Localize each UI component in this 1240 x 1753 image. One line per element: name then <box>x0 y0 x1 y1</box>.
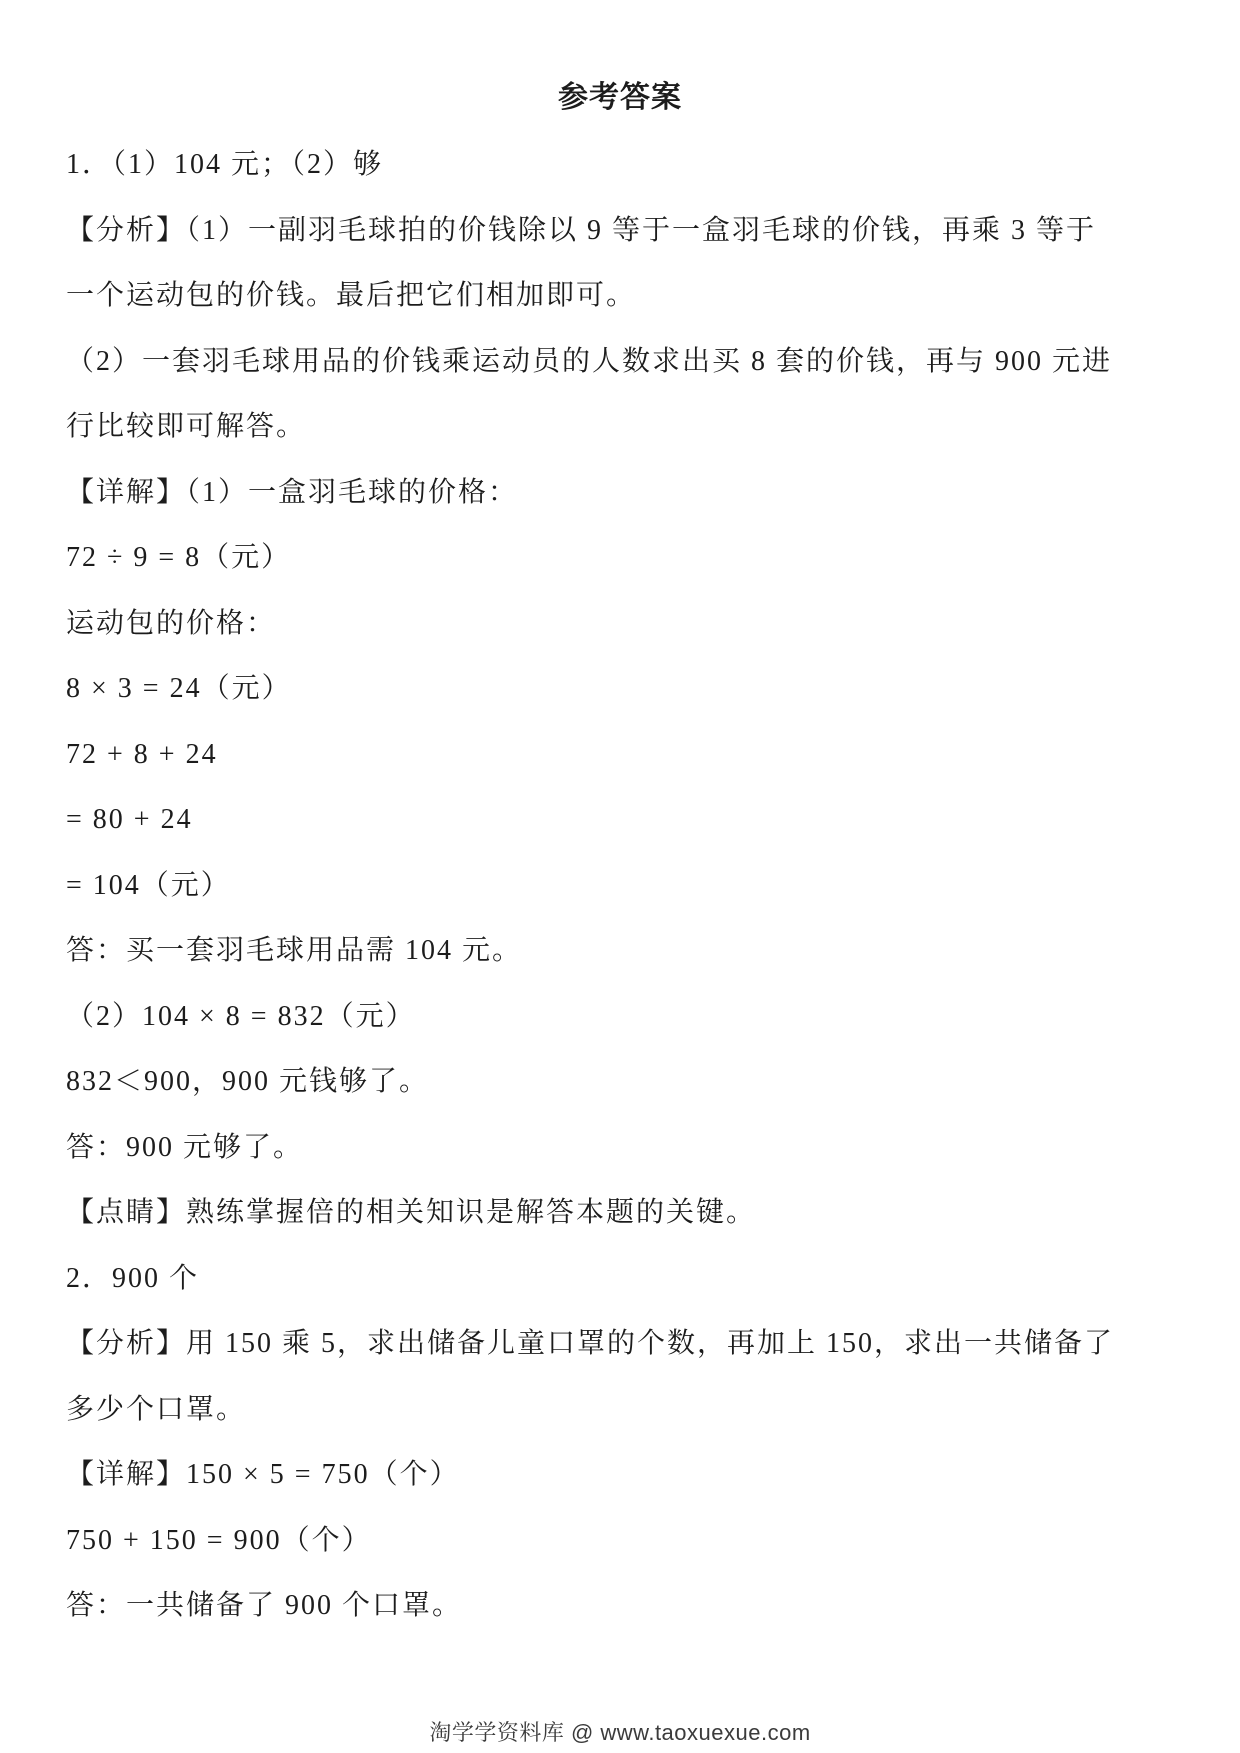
equation-line: = 80 + 24 <box>66 787 1174 853</box>
answer-statement: 答：买一套羽毛球用品需 104 元。 <box>66 918 1174 984</box>
equation-line: 8 × 3 = 24（元） <box>66 656 1174 722</box>
equation-line: （2）104 × 8 = 832（元） <box>66 984 1174 1050</box>
equation-line: 72 ÷ 9 = 8（元） <box>66 525 1174 591</box>
equation-line: = 104（元） <box>66 853 1174 919</box>
equation-line: 【详解】150 × 5 = 750（个） <box>66 1442 1174 1508</box>
analysis-line: （2）一套羽毛球用品的价钱乘运动员的人数求出买 8 套的价钱，再与 900 元进 <box>66 329 1174 395</box>
equation-line: 750 + 150 = 900（个） <box>66 1508 1174 1574</box>
analysis-line: 行比较即可解答。 <box>66 394 1174 460</box>
analysis-line: 【分析】用 150 乘 5，求出储备儿童口罩的个数，再加上 150，求出一共储备… <box>66 1311 1174 1377</box>
answer-statement: 答：一共储备了 900 个口罩。 <box>66 1573 1174 1639</box>
analysis-line: 【分析】（1）一副羽毛球拍的价钱除以 9 等于一盒羽毛球的价钱，再乘 3 等于 <box>66 198 1174 264</box>
answer-line-1: 1．（1）104 元；（2）够 <box>66 132 1174 198</box>
detail-line: 【详解】（1）一盒羽毛球的价格： <box>66 460 1174 526</box>
answer-statement: 答：900 元够了。 <box>66 1115 1174 1181</box>
page-title: 参考答案 <box>0 0 1240 118</box>
key-point-line: 【点睛】熟练掌握倍的相关知识是解答本题的关键。 <box>66 1180 1174 1246</box>
detail-line: 运动包的价格： <box>66 591 1174 657</box>
analysis-line: 一个运动包的价钱。最后把它们相加即可。 <box>66 263 1174 329</box>
answer-content: 1．（1）104 元；（2）够 【分析】（1）一副羽毛球拍的价钱除以 9 等于一… <box>0 132 1240 1639</box>
answer-line-2: 2．900 个 <box>66 1246 1174 1312</box>
analysis-line: 多少个口罩。 <box>66 1377 1174 1443</box>
comparison-line: 832＜900，900 元钱够了。 <box>66 1049 1174 1115</box>
watermark-footer: 淘学学资料库 @ www.taoxuexue.com <box>0 1719 1240 1747</box>
answer-sheet-page: 参考答案 1．（1）104 元；（2）够 【分析】（1）一副羽毛球拍的价钱除以 … <box>0 0 1240 1753</box>
equation-line: 72 + 8 + 24 <box>66 722 1174 788</box>
